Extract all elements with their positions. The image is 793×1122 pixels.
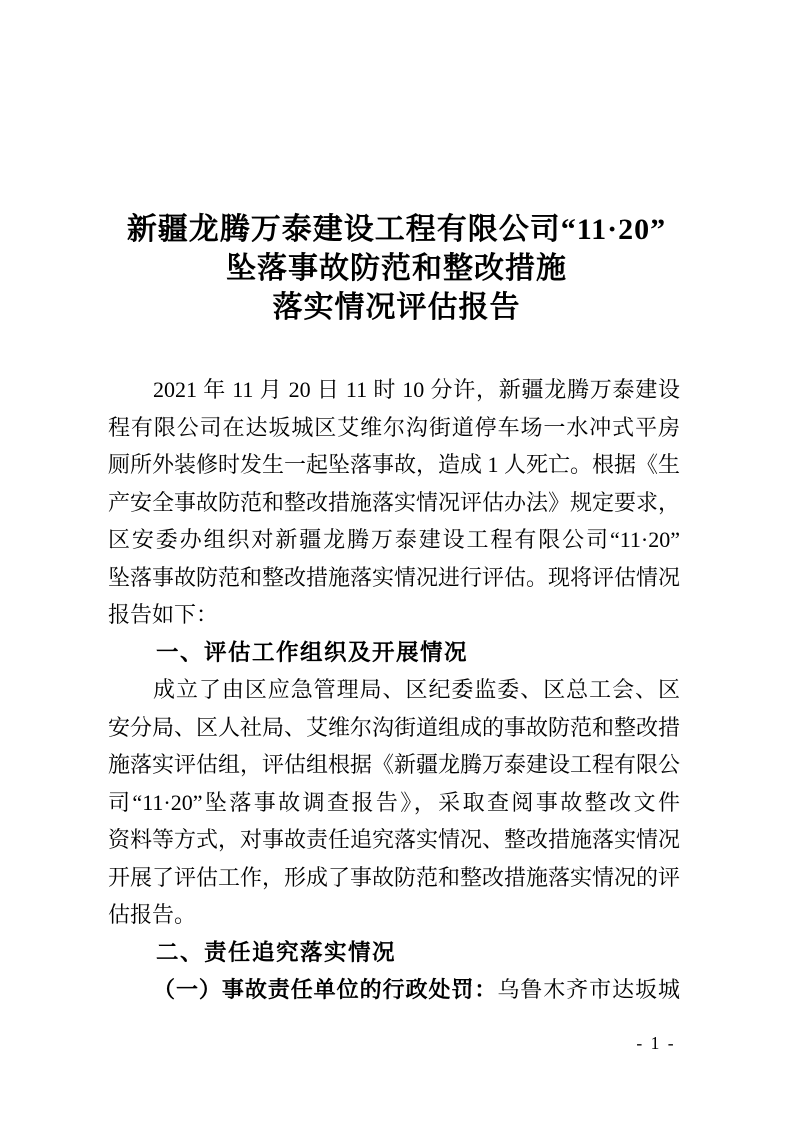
body-line: 产安全事故防范和整改措施落实情况评估办法》规定要求， — [108, 484, 680, 522]
body-line: 司“11·20”坠落事故调查报告》，采取查阅事故整改文件 — [108, 784, 680, 822]
page-number: - 1 - — [610, 1032, 702, 1054]
section-heading-1: 一、评估工作组织及开展情况 — [108, 634, 680, 672]
body-line: 成立了由区应急管理局、区纪委监委、区总工会、区公 — [108, 671, 680, 709]
body-line: 施落实评估组，评估组根据《新疆龙腾万泰建设工程有限公 — [108, 746, 680, 784]
body-line: 估报告。 — [108, 896, 680, 934]
paragraph-lead-bold: （一）事故责任单位的行政处罚： — [153, 977, 497, 1002]
section-heading-2: 二、责任追究落实情况 — [108, 934, 680, 972]
body-line: 坠落事故防范和整改措施落实情况进行评估。现将评估情况 — [108, 559, 680, 597]
body-line: 开展了评估工作，形成了事故防范和整改措施落实情况的评 — [108, 859, 680, 897]
body-line: 区安委办组织对新疆龙腾万泰建设工程有限公司“11·20” — [108, 521, 680, 559]
body-line: 安分局、区人社局、艾维尔沟街道组成的事故防范和整改措 — [108, 709, 680, 747]
body-line: （一）事故责任单位的行政处罚：乌鲁木齐市达坂城区 — [108, 971, 680, 1009]
body-line: 厕所外装修时发生一起坠落事故，造成 1 人死亡。根据《生 — [108, 446, 680, 484]
document-page: 新疆龙腾万泰建设工程有限公司“11·20” 坠落事故防范和整改措施 落实情况评估… — [0, 0, 793, 1122]
body-line: 程有限公司在达坂城区艾维尔沟街道停车场一水冲式平房 — [108, 409, 680, 447]
body-line: 报告如下： — [108, 596, 680, 634]
title-line-1: 新疆龙腾万泰建设工程有限公司“11·20” — [0, 210, 793, 249]
body-text: 2021 年 11 月 20 日 11 时 10 分许，新疆龙腾万泰建设工 程有… — [108, 371, 680, 1009]
document-title: 新疆龙腾万泰建设工程有限公司“11·20” 坠落事故防范和整改措施 落实情况评估… — [0, 210, 793, 327]
title-line-2: 坠落事故防范和整改措施 — [0, 249, 793, 288]
body-line: 资料等方式，对事故责任追究落实情况、整改措施落实情况 — [108, 821, 680, 859]
title-line-3: 落实情况评估报告 — [0, 288, 793, 327]
body-line: 2021 年 11 月 20 日 11 时 10 分许，新疆龙腾万泰建设工 — [108, 371, 680, 409]
